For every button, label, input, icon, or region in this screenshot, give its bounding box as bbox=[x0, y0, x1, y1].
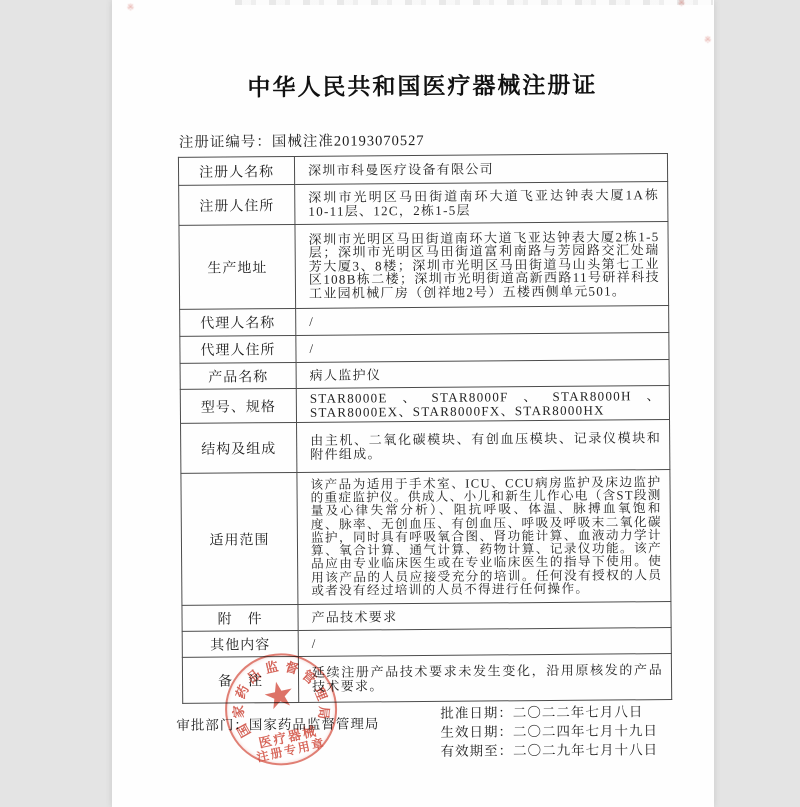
cert-number-value: 国械注准20193070527 bbox=[272, 133, 425, 150]
row-value: 深圳市光明区马田街道南环大道飞亚达钟表大厦2栋1-5层；深圳市光明区马田街道富利… bbox=[295, 222, 669, 309]
dates-block: 批准日期：二〇二二年七月八日 生效日期：二〇二四年七月十九日 有效期至：二〇二九… bbox=[440, 700, 658, 759]
row-label: 附 件 bbox=[182, 604, 298, 631]
row-label: 生产地址 bbox=[179, 224, 296, 309]
effective-date-label: 生效日期： bbox=[440, 724, 513, 740]
row-label: 结构及组成 bbox=[181, 422, 297, 473]
table-row: 注册人住所深圳市光明区马田街道南环大道飞亚达钟表大厦1A栋10-11层、12C，… bbox=[179, 182, 668, 226]
row-value: STAR8000E、STAR8000F、STAR8000H、STAR8000EX… bbox=[296, 386, 669, 423]
row-value: / bbox=[296, 306, 669, 336]
approve-date-label: 批准日期： bbox=[440, 705, 513, 721]
table-row: 附 件产品技术要求 bbox=[182, 602, 671, 632]
approval-dept-label: 审批部门： bbox=[176, 717, 249, 733]
table-row: 适用范围该产品为适用于手术室、ICU、CCU病房监护及床边监护的重症监护仪。供成… bbox=[181, 470, 671, 606]
expiry-date-label: 有效期至： bbox=[441, 743, 514, 759]
row-value: 该产品为适用于手术室、ICU、CCU病房监护及床边监护的重症监护仪。供成人、小儿… bbox=[297, 470, 671, 605]
table-row: 产品名称病人监护仪 bbox=[180, 360, 669, 390]
row-label: 代理人住所 bbox=[180, 335, 296, 363]
row-label: 备 注 bbox=[182, 656, 298, 703]
effective-date-line: 生效日期：二〇二四年七月十九日 bbox=[440, 719, 658, 740]
expiry-date-value: 二〇二九年七月十八日 bbox=[513, 742, 658, 758]
stamp-line2: 注册专用章 bbox=[232, 729, 351, 771]
row-label: 注册人住所 bbox=[179, 184, 295, 225]
approval-dept-value: 国家药品监督管理局 bbox=[249, 716, 380, 732]
row-label: 型号、规格 bbox=[180, 388, 296, 423]
row-label: 注册人名称 bbox=[178, 156, 294, 185]
row-label: 适用范围 bbox=[181, 472, 298, 605]
table-row: 生产地址深圳市光明区马田街道南环大道飞亚达钟表大厦2栋1-5层；深圳市光明区马田… bbox=[179, 222, 669, 310]
table-row: 备 注延续注册产品技术要求未发生变化，沿用原核发的产品技术要求。 bbox=[182, 654, 671, 704]
row-label: 产品名称 bbox=[180, 362, 296, 389]
registration-table: 注册人名称深圳市科曼医疗设备有限公司注册人住所深圳市光明区马田街道南环大道飞亚达… bbox=[178, 153, 672, 704]
table-row: 代理人住所/ bbox=[180, 333, 669, 364]
row-label: 代理人名称 bbox=[180, 308, 296, 336]
row-value: 由主机、二氧化碳模块、有创血压模块、记录仪模块和附件组成。 bbox=[297, 420, 670, 473]
page-title: 中华人民共和国医疗器械注册证 bbox=[177, 66, 667, 103]
table-row: 型号、规格STAR8000E、STAR8000F、STAR8000H、STAR8… bbox=[180, 386, 669, 424]
row-value: 深圳市科曼医疗设备有限公司 bbox=[294, 154, 667, 185]
certificate-document: 中华人民共和国医疗器械注册证 注册证编号：国械注准20193070527 注册人… bbox=[0, 0, 800, 807]
row-value: 延续注册产品技术要求未发生变化，沿用原核发的产品技术要求。 bbox=[298, 654, 671, 703]
cert-number-label: 注册证编号： bbox=[179, 134, 272, 151]
approval-dept-line: 审批部门：国家药品监督管理局 bbox=[176, 712, 379, 734]
row-label: 其他内容 bbox=[182, 630, 298, 657]
cert-number-line: 注册证编号：国械注准20193070527 bbox=[179, 129, 425, 152]
row-value: 产品技术要求 bbox=[298, 602, 671, 631]
table-row: 其他内容/ bbox=[182, 628, 671, 658]
row-value: / bbox=[298, 628, 671, 657]
table-row: 代理人名称/ bbox=[180, 306, 669, 337]
expiry-date-line: 有效期至：二〇二九年七月十八日 bbox=[441, 738, 659, 759]
effective-date-value: 二〇二四年七月十九日 bbox=[513, 723, 658, 739]
row-value: 病人监护仪 bbox=[296, 360, 669, 389]
row-value: / bbox=[296, 333, 669, 363]
red-speck-icon: ※ bbox=[678, 0, 686, 8]
approve-date-value: 二〇二二年七月八日 bbox=[513, 704, 644, 720]
table-row: 注册人名称深圳市科曼医疗设备有限公司 bbox=[178, 154, 667, 186]
table-row: 结构及组成由主机、二氧化碳模块、有创血压模块、记录仪模块和附件组成。 bbox=[181, 420, 670, 474]
red-speck-icon: ※ bbox=[704, 36, 712, 45]
row-value: 深圳市光明区马田街道南环大道飞亚达钟表大厦1A栋10-11层、12C，2栋1-5… bbox=[295, 182, 668, 225]
red-speck-icon: ※ bbox=[127, 3, 135, 12]
approve-date-line: 批准日期：二〇二二年七月八日 bbox=[440, 700, 658, 721]
